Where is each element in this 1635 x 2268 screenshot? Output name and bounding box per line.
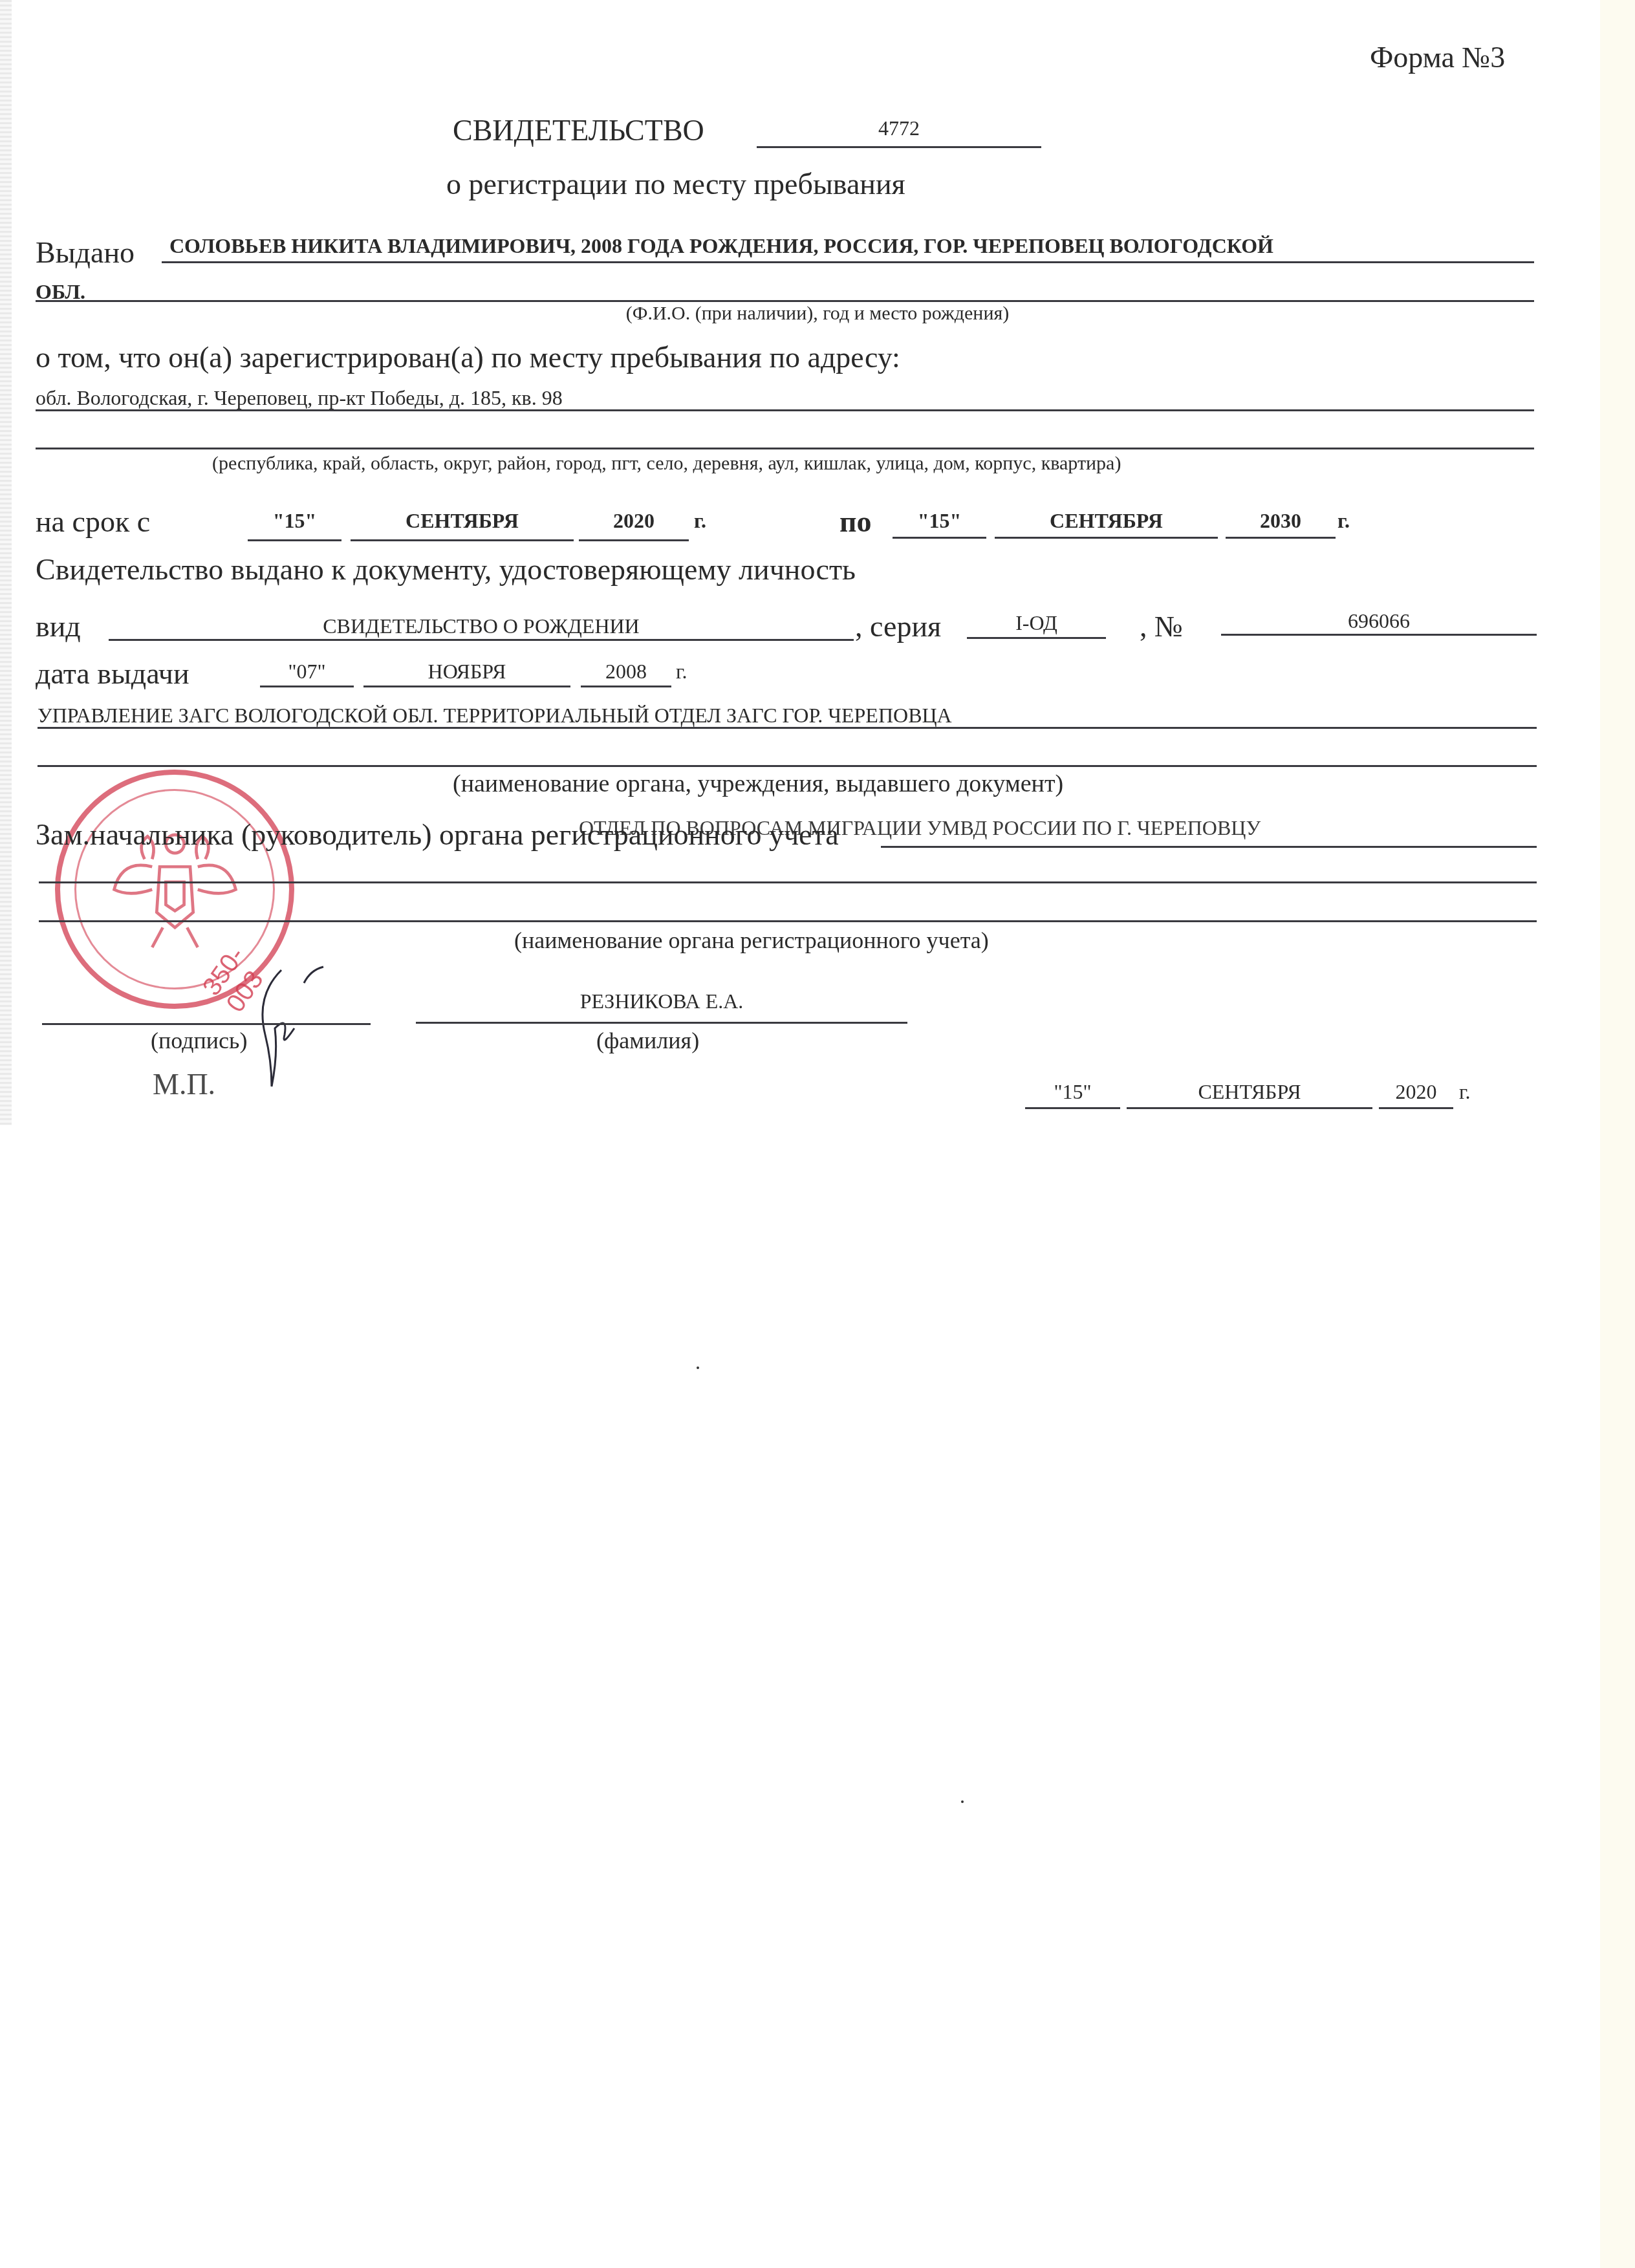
identity-doc-type-label: вид	[36, 609, 81, 643]
identity-doc-number-value: 696066	[1221, 609, 1537, 633]
scan-speck	[697, 1366, 699, 1369]
address-line1	[36, 409, 1534, 411]
term-from-year-suffix: г.	[694, 509, 706, 533]
issued-to-caption: (Ф.И.О. (при наличии), год и место рожде…	[0, 303, 1635, 325]
registration-authority-line2	[39, 881, 1537, 883]
certificate-number: 4772	[757, 116, 1041, 140]
signatory-surname: РЕЗНИКОВА Е.А.	[416, 989, 907, 1013]
term-to-day: "15"	[893, 509, 986, 533]
term-to-year: 2030	[1226, 509, 1336, 533]
identity-doc-date-year-suffix: г.	[676, 660, 688, 684]
registration-authority-line3	[39, 920, 1537, 922]
address-caption: (республика, край, область, округ, район…	[212, 453, 1121, 475]
issue-date-year-line	[1379, 1107, 1453, 1109]
address-line2	[36, 448, 1534, 449]
signature-line	[42, 1023, 371, 1025]
registration-authority-caption: (наименование органа регистрационного уч…	[514, 927, 989, 954]
scan-speck	[961, 1800, 964, 1803]
term-from-month: СЕНТЯБРЯ	[351, 509, 574, 533]
surname-line	[416, 1022, 907, 1024]
identity-doc-series-line	[967, 637, 1106, 639]
form-number-label: Форма №3	[1370, 40, 1505, 74]
document-title: СВИДЕТЕЛЬСТВО	[453, 113, 704, 147]
identity-doc-date-month: НОЯБРЯ	[363, 660, 570, 684]
issue-date-day: "15"	[1025, 1080, 1120, 1104]
signature-caption: (подпись)	[151, 1027, 247, 1054]
identity-doc-date-day: "07"	[260, 660, 354, 684]
identity-doc-number-line	[1221, 634, 1537, 636]
registration-authority-label: Зам.начальника (руководитель) органа рег…	[36, 817, 839, 852]
term-from-year: 2020	[579, 509, 689, 533]
identity-doc-date-year-line	[581, 686, 671, 687]
term-from-label: на срок с	[36, 504, 150, 539]
issued-to-line2	[36, 300, 1534, 302]
identity-doc-series-label: , серия	[855, 609, 941, 643]
identity-doc-type-line	[109, 639, 854, 641]
term-to-day-line	[893, 537, 986, 539]
address-value: обл. Вологодская, г. Череповец, пр-кт По…	[36, 386, 563, 410]
handwritten-signature-icon	[243, 957, 333, 1099]
issue-date-month-line	[1127, 1107, 1372, 1109]
issued-to-label: Выдано	[36, 235, 135, 270]
identity-doc-date-day-line	[260, 686, 354, 687]
identity-doc-intro: Свидетельство выдано к документу, удосто…	[36, 552, 856, 587]
identity-doc-type-value: СВИДЕТЕЛЬСТВО О РОЖДЕНИИ	[109, 614, 854, 638]
term-from-month-line	[351, 539, 574, 541]
identity-doc-issuer-line2	[38, 765, 1537, 767]
term-to-label: по	[839, 504, 872, 539]
issued-to-line1	[162, 261, 1534, 263]
term-to-month: СЕНТЯБРЯ	[995, 509, 1218, 533]
identity-doc-date-label: дата выдачи	[36, 656, 189, 691]
scan-edge-right	[1600, 0, 1635, 2268]
term-from-day: "15"	[248, 509, 341, 533]
registration-authority-line1	[881, 846, 1537, 848]
surname-caption: (фамилия)	[596, 1027, 699, 1054]
issue-date-year-suffix: г.	[1459, 1080, 1471, 1104]
identity-doc-number-label: , №	[1140, 609, 1183, 643]
address-label: о том, что он(а) зарегистрирован(а) по м…	[36, 340, 900, 374]
term-to-year-line	[1226, 537, 1336, 539]
term-to-month-line	[995, 537, 1218, 539]
identity-doc-date-year: 2008	[581, 660, 671, 684]
document-subtitle: о регистрации по месту пребывания	[446, 167, 905, 201]
term-to-year-suffix: г.	[1337, 509, 1350, 533]
scan-edge-left	[0, 0, 12, 1125]
identity-doc-issuer-caption: (наименование органа, учреждения, выдавш…	[453, 770, 1063, 798]
issue-date-month: СЕНТЯБРЯ	[1127, 1080, 1372, 1104]
identity-doc-issuer-value: УПРАВЛЕНИЕ ЗАГС ВОЛОГОДСКОЙ ОБЛ. ТЕРРИТО…	[38, 704, 952, 728]
issue-date-year: 2020	[1379, 1080, 1453, 1104]
identity-doc-series-value: I-ОД	[967, 611, 1106, 635]
seal-place-label: М.П.	[153, 1067, 215, 1101]
identity-doc-issuer-line1	[38, 727, 1537, 729]
certificate-number-line	[757, 146, 1041, 148]
term-from-year-line	[579, 539, 689, 541]
issued-to-value-line1: СОЛОВЬЕВ НИКИТА ВЛАДИМИРОВИЧ, 2008 ГОДА …	[169, 234, 1273, 258]
identity-doc-date-month-line	[363, 686, 570, 687]
term-from-day-line	[248, 539, 341, 541]
issue-date-day-line	[1025, 1107, 1120, 1109]
